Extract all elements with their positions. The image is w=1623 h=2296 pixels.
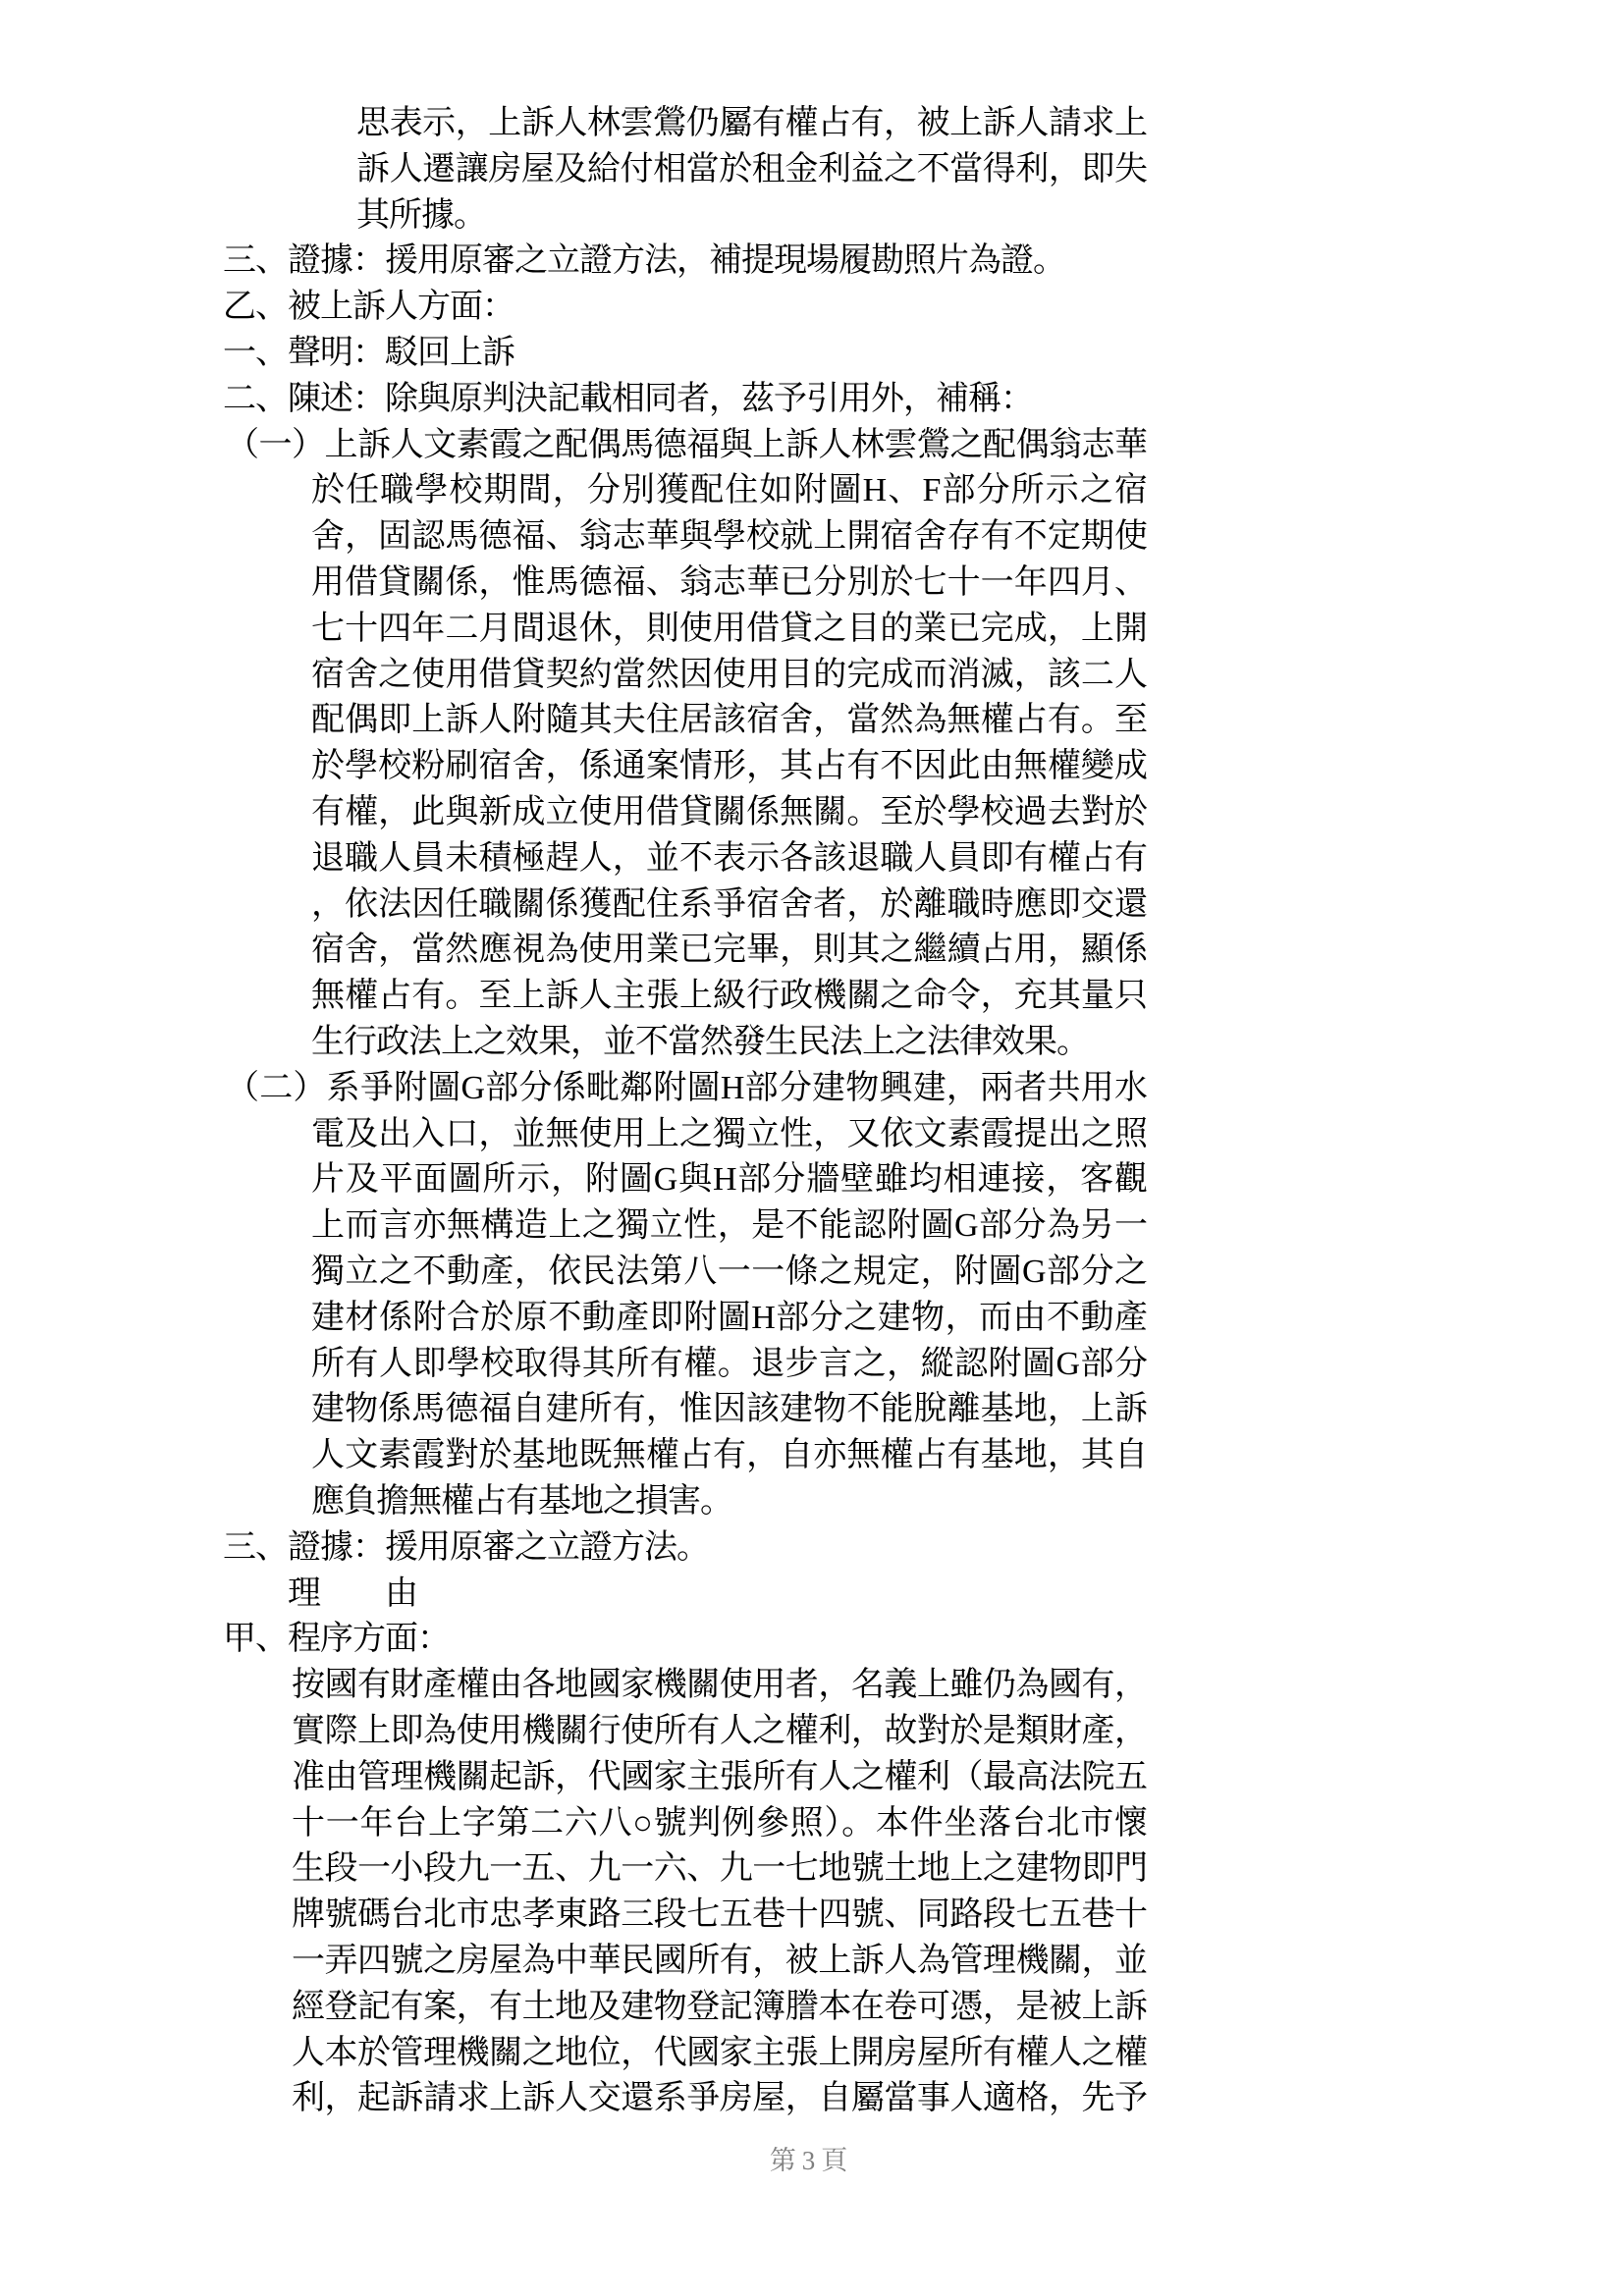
document-page: 思表示，上訴人林雲鶯仍屬有權占有，被上訴人請求上訴人遷讓房屋及給付相當於租金利益… bbox=[0, 0, 1623, 2296]
text-line: 利，起訴請求上訴人交還系爭房屋，自屬當事人適格，先予 bbox=[292, 2075, 1147, 2121]
text-line: 舍，固認馬德福、翁志華與學校就上開宿舍存有不定期使 bbox=[311, 513, 1147, 560]
text-line: 宿舍，當然應視為使用業已完畢，則其之繼續占用，顯係 bbox=[311, 927, 1147, 973]
text-line: 三、證據：援用原審之立證方法。 bbox=[223, 1524, 1147, 1571]
text-line: 用借貸關係，惟馬德福、翁志華已分別於七十一年四月、 bbox=[311, 560, 1147, 606]
text-line: 七十四年二月間退休，則使用借貸之目的業已完成，上開 bbox=[311, 606, 1147, 652]
text-line: 應負擔無權占有基地之損害。 bbox=[311, 1478, 1147, 1524]
text-line: 准由管理機關起訴，代國家主張所有人之權利（最高法院五 bbox=[292, 1754, 1147, 1800]
text-line: 十一年台上字第二六八○號判例參照）。本件坐落台北市懷 bbox=[292, 1800, 1147, 1846]
text-line: 生行政法上之效果，並不當然發生民法上之法律效果。 bbox=[311, 1019, 1147, 1065]
text-line: 一弄四號之房屋為中華民國所有，被上訴人為管理機關，並 bbox=[292, 1938, 1147, 1984]
text-line: 上而言亦無構造上之獨立性，是不能認附圖G部分為另一 bbox=[311, 1202, 1147, 1249]
text-line: 按國有財產權由各地國家機關使用者，名義上雖仍為國有， bbox=[292, 1662, 1147, 1708]
text-line: 甲、程序方面： bbox=[223, 1616, 1147, 1662]
text-line: 片及平面圖所示，附圖G與H部分牆壁雖均相連接，客觀 bbox=[311, 1156, 1147, 1202]
text-line: 有權，此與新成立使用借貸關係無關。至於學校過去對於 bbox=[311, 789, 1147, 835]
text-line: 其所據。 bbox=[356, 192, 1147, 239]
text-line: 實際上即為使用機關行使所有人之權利，故對於是類財產， bbox=[292, 1708, 1147, 1754]
page-number: 第3頁 bbox=[0, 2144, 1623, 2177]
text-line: 宿舍之使用借貸契約當然因使用目的完成而消滅，該二人 bbox=[311, 652, 1147, 698]
text-line: 生段一小段九一五、九一六、九一七地號土地上之建物即門 bbox=[292, 1845, 1147, 1892]
text-line: 於學校粉刷宿舍，係通案情形，其占有不因此由無權變成 bbox=[311, 743, 1147, 789]
text-line: 建物係馬德福自建所有，惟因該建物不能脫離基地，上訴 bbox=[311, 1386, 1147, 1432]
text-line: 退職人員未積極趕人，並不表示各該退職人員即有權占有 bbox=[311, 835, 1147, 881]
text-line: 人文素霞對於基地既無權占有，自亦無權占有基地，其自 bbox=[311, 1432, 1147, 1478]
text-line: 所有人即學校取得其所有權。退步言之，縱認附圖G部分 bbox=[311, 1341, 1147, 1387]
text-line: 乙、被上訴人方面： bbox=[223, 284, 1147, 330]
text-line: 無權占有。至上訴人主張上級行政機關之命令，充其量只 bbox=[311, 973, 1147, 1019]
text-line: 於任職學校期間，分別獲配住如附圖H、F部分所示之宿 bbox=[311, 467, 1147, 513]
text-line: 牌號碼台北市忠孝東路三段七五巷十四號、同路段七五巷十 bbox=[292, 1892, 1147, 1938]
text-line: ，依法因任職關係獲配住系爭宿舍者，於離職時應即交還 bbox=[311, 881, 1147, 928]
text-line: 二、陳述：除與原判決記載相同者，茲予引用外，補稱： bbox=[223, 376, 1147, 422]
text-line: 一、聲明：駁回上訴 bbox=[223, 330, 1147, 376]
text-line: 理 由 bbox=[288, 1571, 1147, 1617]
text-line: 配偶即上訴人附隨其夫住居該宿舍，當然為無權占有。至 bbox=[311, 697, 1147, 743]
text-line: 建材係附合於原不動產即附圖H部分之建物，而由不動產 bbox=[311, 1295, 1147, 1341]
text-line: 三、證據：援用原審之立證方法，補提現場履勘照片為證。 bbox=[223, 238, 1147, 284]
text-line: 電及出入口，並無使用上之獨立性，又依文素霞提出之照 bbox=[311, 1111, 1147, 1157]
text-line: （二）系爭附圖G部分係毗鄰附圖H部分建物興建，兩者共用水 bbox=[226, 1065, 1147, 1111]
text-line: 獨立之不動產，依民法第八一一條之規定，附圖G部分之 bbox=[311, 1249, 1147, 1295]
text-line: （一）上訴人文素霞之配偶馬德福與上訴人林雲鶯之配偶翁志華 bbox=[226, 422, 1147, 468]
text-line: 思表示，上訴人林雲鶯仍屬有權占有，被上訴人請求上 bbox=[356, 100, 1147, 146]
text-line: 經登記有案，有土地及建物登記簿謄本在卷可憑，是被上訴 bbox=[292, 1984, 1147, 2030]
text-line: 人本於管理機關之地位，代國家主張上開房屋所有權人之權 bbox=[292, 2030, 1147, 2076]
text-line: 訴人遷讓房屋及給付相當於租金利益之不當得利，即失 bbox=[356, 146, 1147, 192]
